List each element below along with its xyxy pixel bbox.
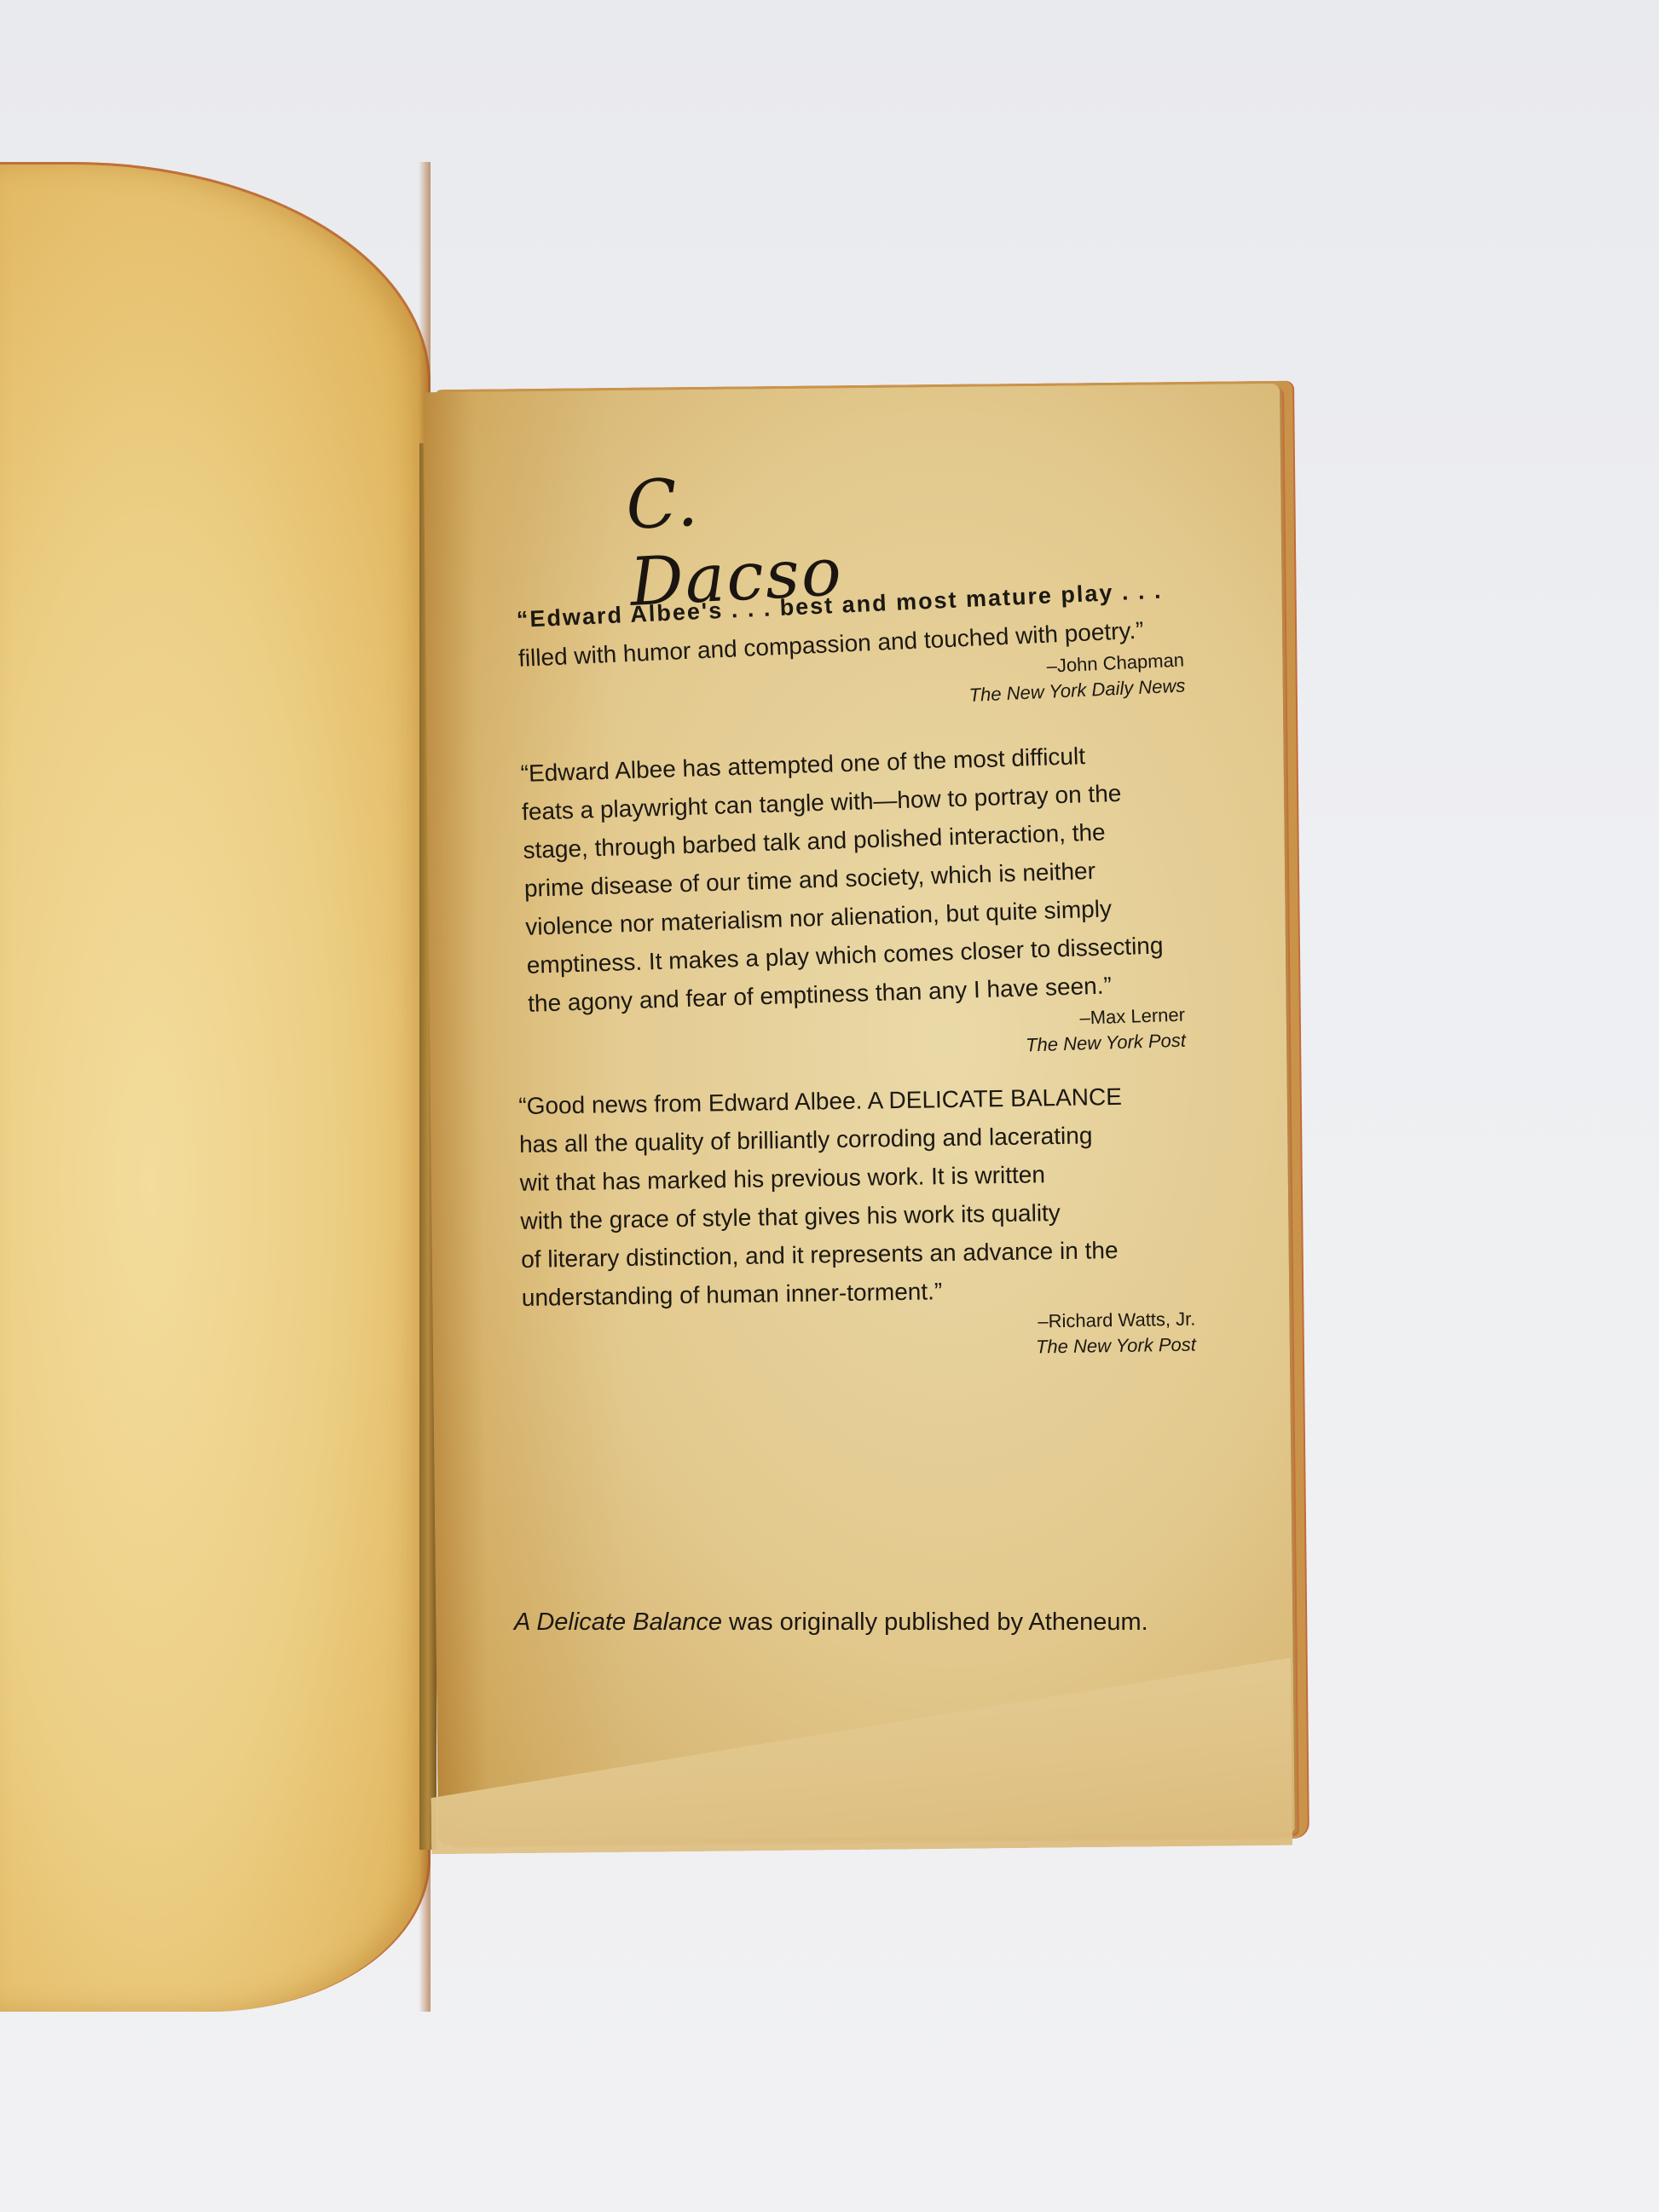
left-book-page <box>0 162 431 2012</box>
handwritten-signature: C. Dacso <box>624 453 928 570</box>
book-title: A Delicate Balance <box>514 1608 722 1636</box>
review-quote-3: “Good news from Edward Albee. A DELICATE… <box>518 1076 1205 1368</box>
publisher-note-text: was originally published by Atheneum. <box>722 1608 1148 1636</box>
publisher-note: A Delicate Balance was originally publis… <box>514 1608 1148 1637</box>
review-quote-2: “Edward Albee has attempted one of the m… <box>520 733 1194 1073</box>
left-page-edge <box>0 162 431 2012</box>
